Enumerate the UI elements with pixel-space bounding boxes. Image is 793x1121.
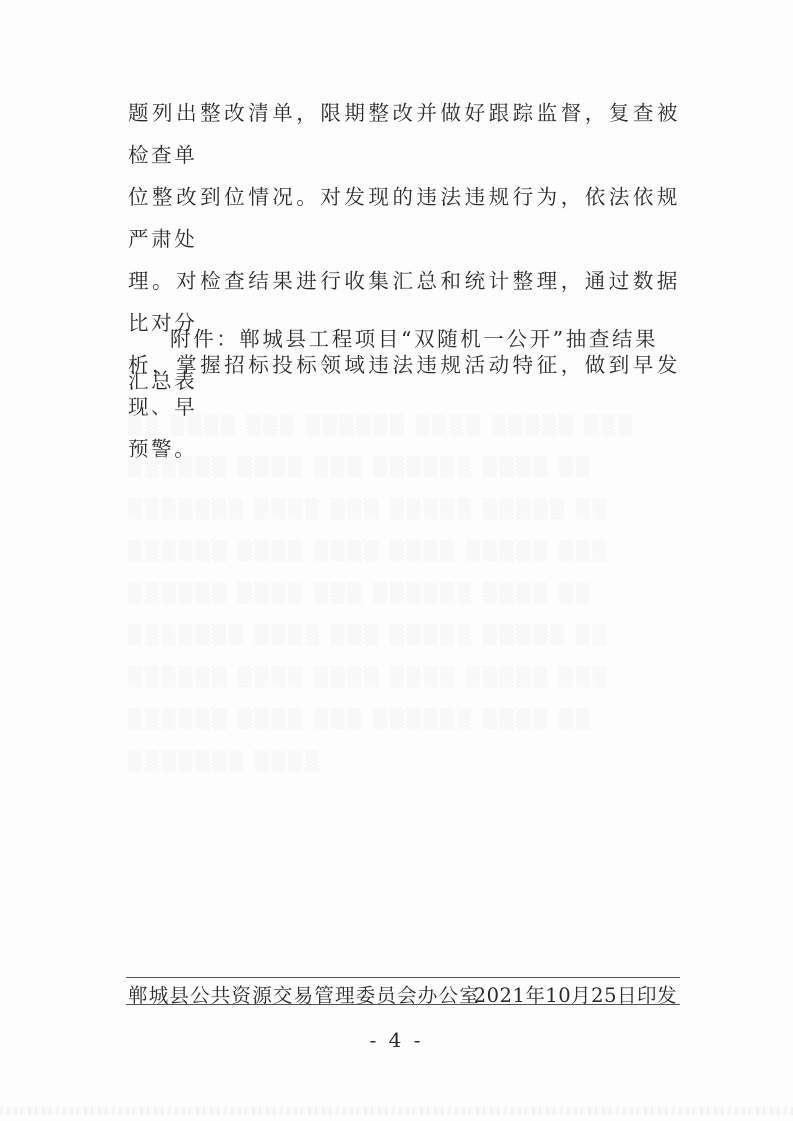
attachment-note: 附件：郸城县工程项目“双随机一公开”抽查结果汇总表	[128, 318, 680, 402]
body-line: 题列出整改清单，限期整改并做好跟踪监督，复查被检查单	[128, 92, 680, 176]
body-line: 位整改到位情况。对发现的违法违规行为，依法依规严肃处	[128, 176, 680, 260]
footer-rule-bottom	[126, 1004, 680, 1005]
footer-rule-top	[126, 977, 680, 978]
page-number: - 4 -	[0, 1028, 793, 1052]
show-through-texture: ▒▒ ▒▒▒▒ ▒▒▒ ▒▒▒▒▒▒ ▒▒▒▒ ▒▒▒▒▒ ▒▒▒ ▒▒▒▒▒▒…	[128, 405, 680, 965]
scan-edge-noise	[0, 1107, 793, 1115]
document-page: 题列出整改清单，限期整改并做好跟踪监督，复查被检查单 位整改到位情况。对发现的违…	[0, 0, 793, 1121]
